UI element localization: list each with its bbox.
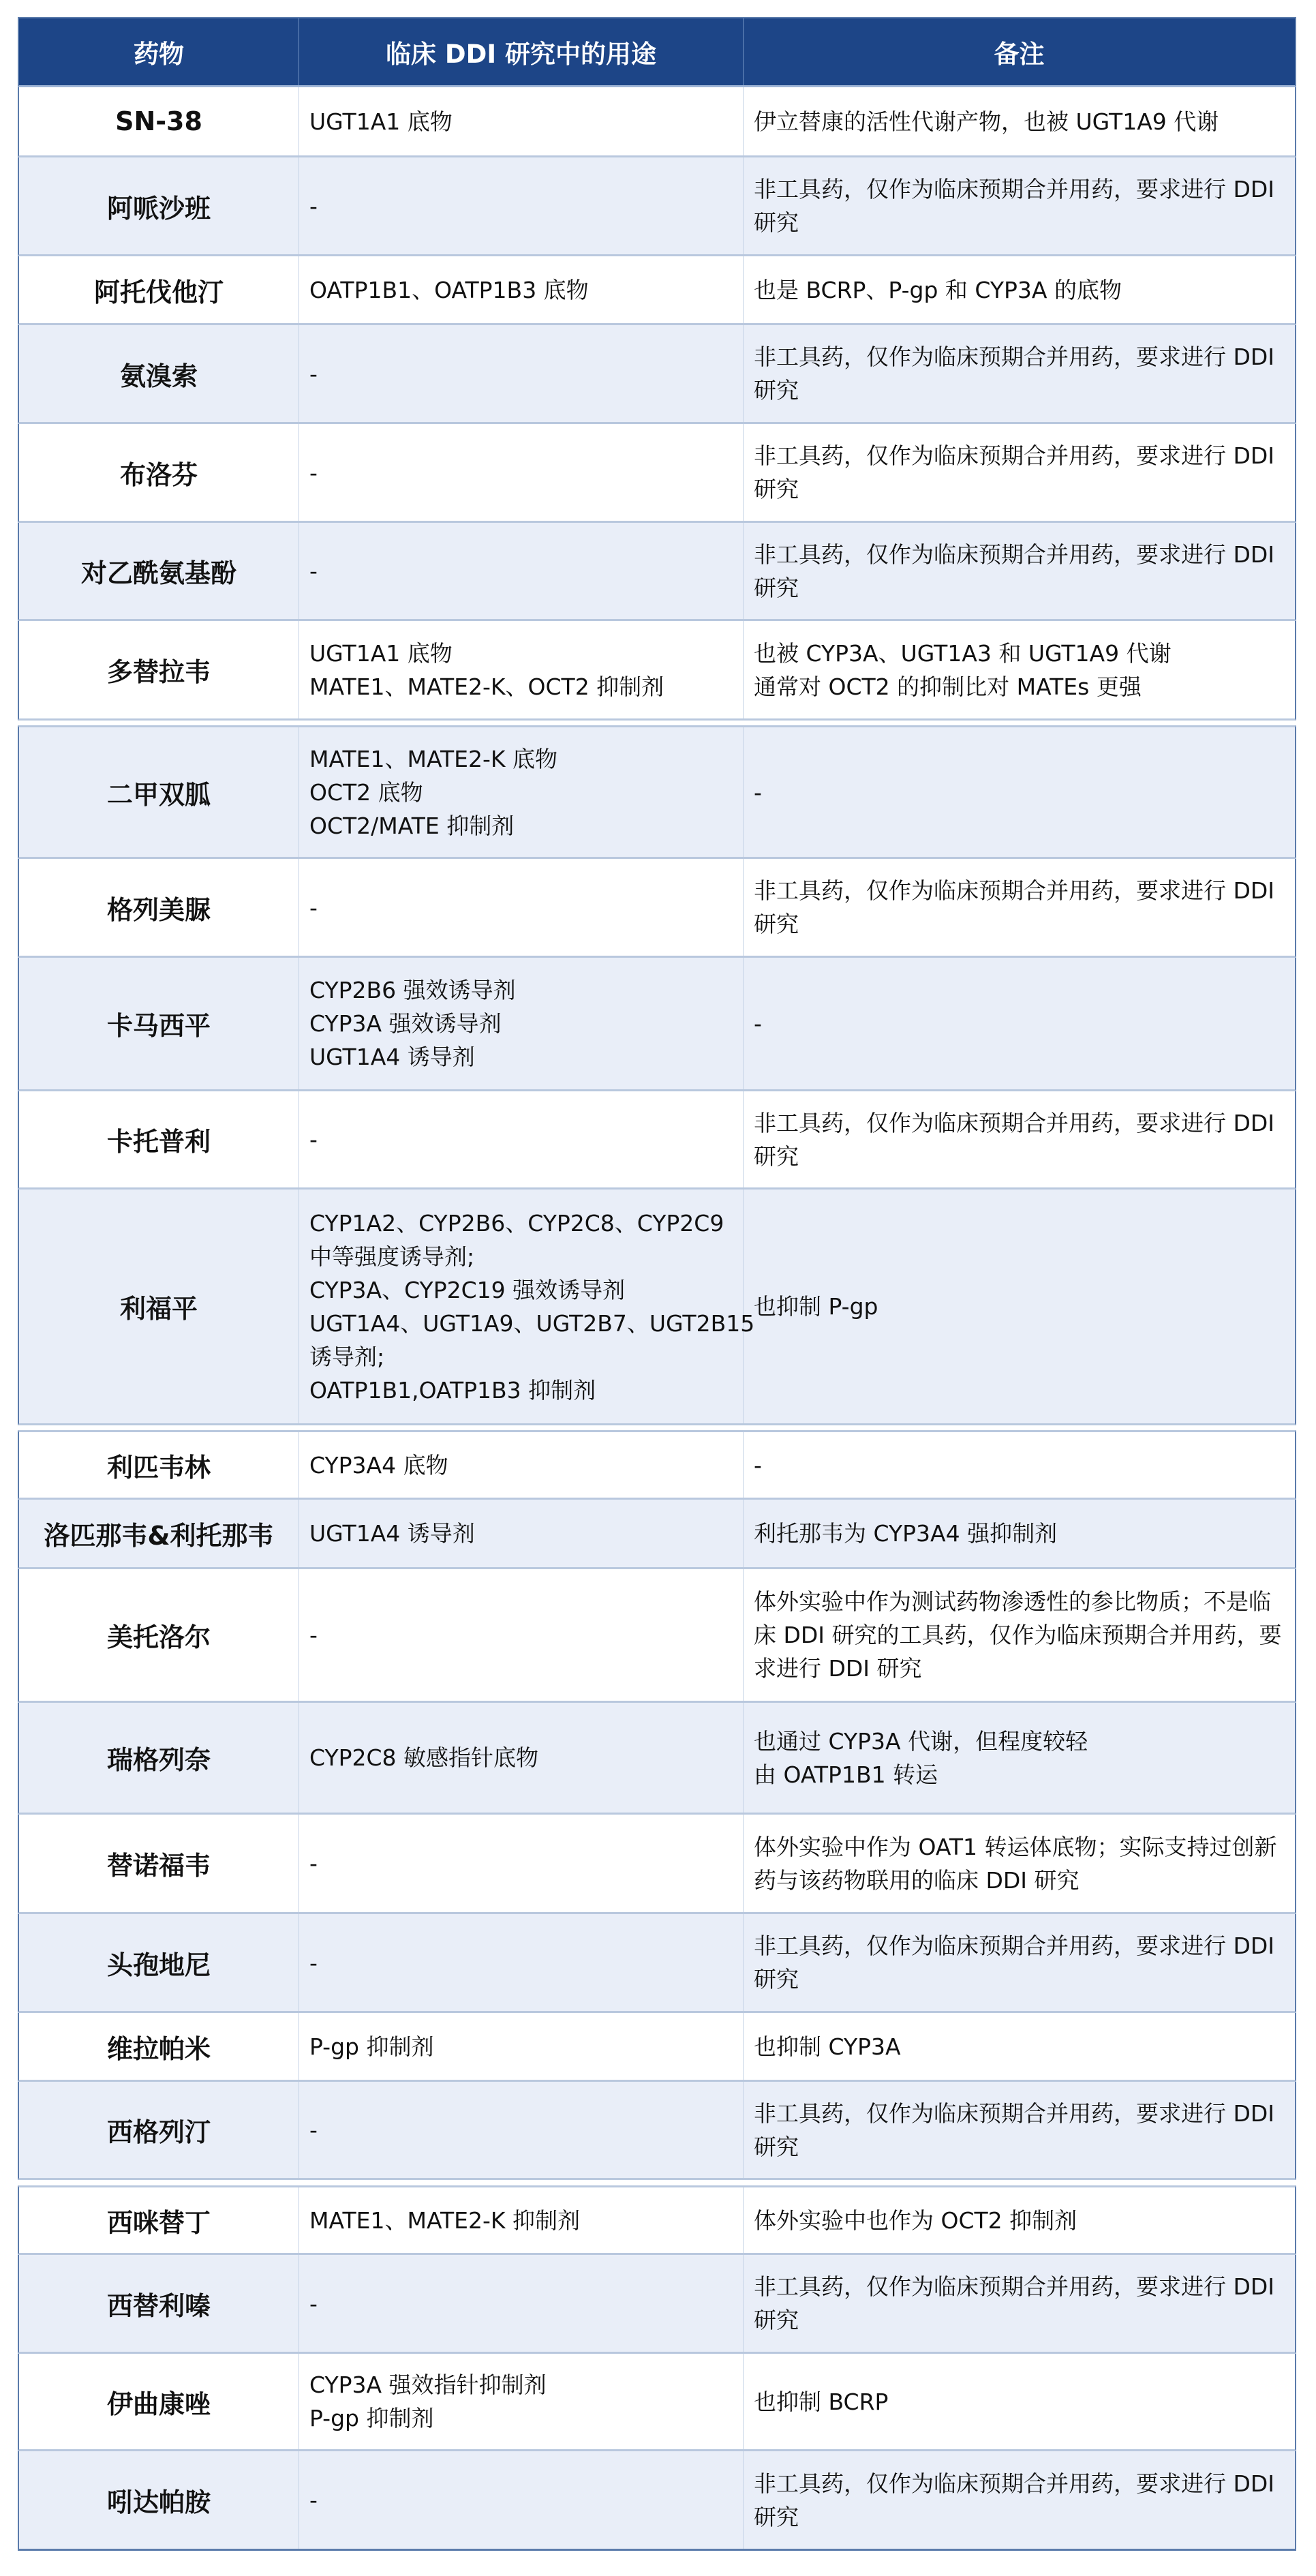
notes-cell-line: 非工具药，仅作为临床预期合并用药，要求进行 DDI 研究 <box>754 2270 1289 2337</box>
table-row: 卡马西平CYP2B6 强效诱导剂CYP3A 强效诱导剂UGT1A4 诱导剂- <box>18 958 1296 1091</box>
notes-cell-line: - <box>754 1007 762 1040</box>
ddi-use-cell-line: MATE1、MATE2-K、OCT2 抑制剂 <box>309 670 664 703</box>
notes-cell-line: 非工具药，仅作为临床预期合并用药，要求进行 DDI 研究 <box>754 538 1289 605</box>
notes-cell-line: 非工具药，仅作为临床预期合并用药，要求进行 DDI 研究 <box>754 2467 1289 2534</box>
drug-name-cell: 对乙酰氨基酚 <box>19 523 299 619</box>
notes-cell-line: 利托那韦为 CYP3A4 强抑制剂 <box>754 1517 1057 1550</box>
ddi-use-cell: - <box>299 1914 744 2011</box>
notes-cell: 伊立替康的活性代谢产物，也被 UGT1A9 代谢 <box>744 87 1295 155</box>
ddi-use-cell-line: UGT1A1 底物 <box>309 105 453 138</box>
table-row: 头孢地尼-非工具药，仅作为临床预期合并用药，要求进行 DDI 研究 <box>18 1914 1296 2013</box>
ddi-use-cell: - <box>299 2451 744 2549</box>
drug-name-cell: 利福平 <box>19 1189 299 1423</box>
drug-name-cell: 美托洛尔 <box>19 1569 299 1701</box>
drug-name-cell: 头孢地尼 <box>19 1914 299 2011</box>
notes-cell: - <box>744 1432 1295 1498</box>
ddi-use-cell-line: OATP1B1、OATP1B3 底物 <box>309 273 589 307</box>
table-row: 布洛芬-非工具药，仅作为临床预期合并用药，要求进行 DDI 研究 <box>18 424 1296 523</box>
ddi-use-cell-line: UGT1A4 诱导剂 <box>309 1517 475 1550</box>
drug-name-cell: 利匹韦林 <box>19 1432 299 1498</box>
notes-cell: 利托那韦为 CYP3A4 强抑制剂 <box>744 1500 1295 1567</box>
ddi-use-cell: - <box>299 1091 744 1187</box>
notes-cell-line: 非工具药，仅作为临床预期合并用药，要求进行 DDI 研究 <box>754 1929 1289 1996</box>
table-row: 西格列汀-非工具药，仅作为临床预期合并用药，要求进行 DDI 研究 <box>18 2082 1296 2180</box>
drug-name-cell: 二甲双胍 <box>19 727 299 857</box>
drug-name-cell: 伊曲康唑 <box>19 2354 299 2449</box>
ddi-use-cell-line: - <box>309 1618 318 1652</box>
table-row: 卡托普利-非工具药，仅作为临床预期合并用药，要求进行 DDI 研究 <box>18 1091 1296 1189</box>
notes-cell: 体外实验中也作为 OCT2 抑制剂 <box>744 2187 1295 2253</box>
drug-name-cell: 西格列汀 <box>19 2082 299 2178</box>
table-row: 对乙酰氨基酚-非工具药，仅作为临床预期合并用药，要求进行 DDI 研究 <box>18 523 1296 621</box>
drug-name-cell: 卡托普利 <box>19 1091 299 1187</box>
notes-cell: 非工具药，仅作为临床预期合并用药，要求进行 DDI 研究 <box>744 157 1295 254</box>
ddi-use-cell-line: CYP3A 强效指针抑制剂 <box>309 2368 547 2401</box>
header-drug: 药物 <box>19 18 299 85</box>
ddi-use-cell: - <box>299 1569 744 1701</box>
table-row: 利福平CYP1A2、CYP2B6、CYP2C8、CYP2C9中等强度诱导剂;CY… <box>18 1189 1296 1425</box>
ddi-use-cell-line: - <box>309 2287 318 2320</box>
notes-cell-line: 也抑制 CYP3A <box>754 2030 901 2063</box>
drug-name-cell: 维拉帕米 <box>19 2013 299 2080</box>
notes-cell-line: 由 OATP1B1 转运 <box>754 1758 1088 1791</box>
ddi-use-cell-line: P-gp 抑制剂 <box>309 2030 433 2063</box>
ddi-use-cell: - <box>299 859 744 956</box>
notes-cell-line: - <box>754 776 762 809</box>
table-row: SN-38UGT1A1 底物伊立替康的活性代谢产物，也被 UGT1A9 代谢 <box>18 87 1296 157</box>
drug-name-cell: 阿哌沙班 <box>19 157 299 254</box>
ddi-use-cell-line: - <box>309 2483 318 2517</box>
ddi-use-cell-line: - <box>309 456 318 489</box>
notes-cell-line: 体外实验中作为测试药物渗透性的参比物质；不是临床 DDI 研究的工具药，仅作为临… <box>754 1585 1289 1685</box>
table-row: 二甲双胍MATE1、MATE2-K 底物OCT2 底物OCT2/MATE 抑制剂… <box>18 725 1296 859</box>
notes-cell: - <box>744 727 1295 857</box>
ddi-use-cell-line: - <box>309 1847 318 1880</box>
notes-cell: 也抑制 P-gp <box>744 1189 1295 1423</box>
notes-cell: 体外实验中作为 OAT1 转运体底物；实际支持过创新药与该药物联用的临床 DDI… <box>744 1815 1295 1912</box>
drug-name-cell: 西咪替丁 <box>19 2187 299 2253</box>
drug-name-cell: 格列美脲 <box>19 859 299 956</box>
table-row: 多替拉韦UGT1A1 底物MATE1、MATE2-K、OCT2 抑制剂也被 CY… <box>18 621 1296 721</box>
ddi-use-cell-line: CYP3A、CYP2C19 强效诱导剂 <box>309 1273 754 1307</box>
notes-cell-line: 非工具药，仅作为临床预期合并用药，要求进行 DDI 研究 <box>754 172 1289 239</box>
notes-cell: 非工具药，仅作为临床预期合并用药，要求进行 DDI 研究 <box>744 2451 1295 2549</box>
ddi-use-cell: CYP3A 强效指针抑制剂P-gp 抑制剂 <box>299 2354 744 2449</box>
ddi-use-cell-line: MATE1、MATE2-K 抑制剂 <box>309 2204 580 2237</box>
notes-cell: 非工具药，仅作为临床预期合并用药，要求进行 DDI 研究 <box>744 325 1295 422</box>
ddi-use-cell: - <box>299 157 744 254</box>
table-row: 维拉帕米P-gp 抑制剂也抑制 CYP3A <box>18 2013 1296 2082</box>
ddi-use-cell-line: 中等强度诱导剂; <box>309 1240 754 1273</box>
notes-cell: 非工具药，仅作为临床预期合并用药，要求进行 DDI 研究 <box>744 859 1295 956</box>
notes-cell: 非工具药，仅作为临床预期合并用药，要求进行 DDI 研究 <box>744 523 1295 619</box>
ddi-use-cell: UGT1A4 诱导剂 <box>299 1500 744 1567</box>
drug-name-cell: 西替利嗪 <box>19 2255 299 2352</box>
notes-cell-line: 也被 CYP3A、UGT1A3 和 UGT1A9 代谢 <box>754 637 1172 670</box>
ddi-use-cell-line: - <box>309 1946 318 1980</box>
table-row: 西咪替丁MATE1、MATE2-K 抑制剂体外实验中也作为 OCT2 抑制剂 <box>18 2185 1296 2255</box>
ddi-use-cell-line: - <box>309 190 318 223</box>
ddi-use-cell-line: CYP3A 强效诱导剂 <box>309 1007 516 1040</box>
table-row: 美托洛尔-体外实验中作为测试药物渗透性的参比物质；不是临床 DDI 研究的工具药… <box>18 1569 1296 1703</box>
table-row: 伊曲康唑CYP3A 强效指针抑制剂P-gp 抑制剂也抑制 BCRP <box>18 2354 1296 2451</box>
notes-cell-line: 也抑制 P-gp <box>754 1290 878 1323</box>
ddi-use-cell: - <box>299 325 744 422</box>
drug-name-cell: 吲达帕胺 <box>19 2451 299 2549</box>
ddi-use-cell-line: UGT1A1 底物 <box>309 637 664 670</box>
notes-cell: 也是 BCRP、P-gp 和 CYP3A 的底物 <box>744 256 1295 323</box>
notes-cell: - <box>744 958 1295 1089</box>
ddi-use-cell-line: - <box>309 891 318 924</box>
ddi-use-cell-line: MATE1、MATE2-K 底物 <box>309 742 557 776</box>
notes-cell-line: 非工具药，仅作为临床预期合并用药，要求进行 DDI 研究 <box>754 1106 1289 1173</box>
header-ddi-use: 临床 DDI 研究中的用途 <box>299 18 744 85</box>
table-row: 吲达帕胺-非工具药，仅作为临床预期合并用药，要求进行 DDI 研究 <box>18 2451 1296 2551</box>
ddi-use-cell-line: CYP2C8 敏感指针底物 <box>309 1741 538 1774</box>
drug-name-cell: 阿托伐他汀 <box>19 256 299 323</box>
table-header: 药物 临床 DDI 研究中的用途 备注 <box>18 17 1296 87</box>
ddi-use-cell: OATP1B1、OATP1B3 底物 <box>299 256 744 323</box>
drug-name-cell: 洛匹那韦&利托那韦 <box>19 1500 299 1567</box>
table-row: 阿哌沙班-非工具药，仅作为临床预期合并用药，要求进行 DDI 研究 <box>18 157 1296 256</box>
notes-cell: 也抑制 BCRP <box>744 2354 1295 2449</box>
table-row: 利匹韦林CYP3A4 底物- <box>18 1430 1296 1500</box>
ddi-use-cell: MATE1、MATE2-K 底物OCT2 底物OCT2/MATE 抑制剂 <box>299 727 744 857</box>
table-row: 洛匹那韦&利托那韦UGT1A4 诱导剂利托那韦为 CYP3A4 强抑制剂 <box>18 1500 1296 1569</box>
ddi-use-cell-line: - <box>309 2113 318 2147</box>
ddi-use-cell-line: P-gp 抑制剂 <box>309 2401 547 2435</box>
drug-name-cell: 卡马西平 <box>19 958 299 1089</box>
ddi-use-cell: CYP2C8 敏感指针底物 <box>299 1703 744 1813</box>
ddi-use-cell-line: OCT2 底物 <box>309 776 557 809</box>
header-notes: 备注 <box>744 18 1295 85</box>
ddi-use-cell: CYP2B6 强效诱导剂CYP3A 强效诱导剂UGT1A4 诱导剂 <box>299 958 744 1089</box>
drug-name-cell: 替诺福韦 <box>19 1815 299 1912</box>
ddi-use-cell-line: - <box>309 357 318 391</box>
notes-cell-line: 非工具药，仅作为临床预期合并用药，要求进行 DDI 研究 <box>754 874 1289 941</box>
ddi-use-cell: UGT1A1 底物MATE1、MATE2-K、OCT2 抑制剂 <box>299 621 744 718</box>
notes-cell-line: - <box>754 1449 762 1482</box>
ddi-use-cell-line: UGT1A4、UGT1A9、UGT2B7、UGT2B15 <box>309 1307 754 1340</box>
table-row: 氨溴索-非工具药，仅作为临床预期合并用药，要求进行 DDI 研究 <box>18 325 1296 424</box>
notes-cell-line: 通常对 OCT2 的抑制比对 MATEs 更强 <box>754 670 1172 703</box>
notes-cell: 体外实验中作为测试药物渗透性的参比物质；不是临床 DDI 研究的工具药，仅作为临… <box>744 1569 1295 1701</box>
notes-cell: 非工具药，仅作为临床预期合并用药，要求进行 DDI 研究 <box>744 424 1295 521</box>
notes-cell-line: 伊立替康的活性代谢产物，也被 UGT1A9 代谢 <box>754 105 1219 138</box>
ddi-use-cell-line: OATP1B1,OATP1B3 抑制剂 <box>309 1374 754 1407</box>
notes-cell-line: 非工具药，仅作为临床预期合并用药，要求进行 DDI 研究 <box>754 2097 1289 2164</box>
ddi-use-cell: P-gp 抑制剂 <box>299 2013 744 2080</box>
ddi-use-cell: - <box>299 523 744 619</box>
notes-cell: 非工具药，仅作为临床预期合并用药，要求进行 DDI 研究 <box>744 1091 1295 1187</box>
ddi-use-cell: UGT1A1 底物 <box>299 87 744 155</box>
drug-name-cell: 布洛芬 <box>19 424 299 521</box>
ddi-use-cell: CYP1A2、CYP2B6、CYP2C8、CYP2C9中等强度诱导剂;CYP3A… <box>299 1189 744 1423</box>
notes-cell-line: 也抑制 BCRP <box>754 2385 888 2419</box>
notes-cell: 非工具药，仅作为临床预期合并用药，要求进行 DDI 研究 <box>744 2082 1295 2178</box>
notes-cell: 非工具药，仅作为临床预期合并用药，要求进行 DDI 研究 <box>744 2255 1295 2352</box>
ddi-use-cell-line: UGT1A4 诱导剂 <box>309 1040 516 1074</box>
notes-cell-line: 体外实验中作为 OAT1 转运体底物；实际支持过创新药与该药物联用的临床 DDI… <box>754 1830 1289 1897</box>
ddi-use-cell: - <box>299 424 744 521</box>
table-row: 瑞格列奈CYP2C8 敏感指针底物也通过 CYP3A 代谢，但程度较轻由 OAT… <box>18 1703 1296 1815</box>
drug-name-cell: 多替拉韦 <box>19 621 299 718</box>
notes-cell-line: 非工具药，仅作为临床预期合并用药，要求进行 DDI 研究 <box>754 340 1289 407</box>
ddi-use-cell: - <box>299 2082 744 2178</box>
drug-name-cell: SN-38 <box>19 87 299 155</box>
ddi-use-cell-line: OCT2/MATE 抑制剂 <box>309 809 557 843</box>
ddi-use-cell-line: CYP2B6 强效诱导剂 <box>309 973 516 1007</box>
notes-cell-line: 也通过 CYP3A 代谢，但程度较轻 <box>754 1725 1088 1758</box>
ddi-use-cell-line: CYP3A4 底物 <box>309 1449 448 1482</box>
ddi-use-cell: - <box>299 2255 744 2352</box>
ddi-use-cell-line: 诱导剂; <box>309 1340 754 1374</box>
table-row: 阿托伐他汀OATP1B1、OATP1B3 底物也是 BCRP、P-gp 和 CY… <box>18 256 1296 325</box>
notes-cell: 非工具药，仅作为临床预期合并用药，要求进行 DDI 研究 <box>744 1914 1295 2011</box>
ddi-use-cell: CYP3A4 底物 <box>299 1432 744 1498</box>
ddi-use-cell: - <box>299 1815 744 1912</box>
table-row: 西替利嗪-非工具药，仅作为临床预期合并用药，要求进行 DDI 研究 <box>18 2255 1296 2354</box>
notes-cell: 也抑制 CYP3A <box>744 2013 1295 2080</box>
notes-cell: 也通过 CYP3A 代谢，但程度较轻由 OATP1B1 转运 <box>744 1703 1295 1813</box>
table-row: 替诺福韦-体外实验中作为 OAT1 转运体底物；实际支持过创新药与该药物联用的临… <box>18 1815 1296 1914</box>
notes-cell-line: 非工具药，仅作为临床预期合并用药，要求进行 DDI 研究 <box>754 439 1289 506</box>
ddi-use-cell-line: - <box>309 554 318 588</box>
notes-cell-line: 也是 BCRP、P-gp 和 CYP3A 的底物 <box>754 273 1122 307</box>
ddi-use-cell-line: - <box>309 1123 318 1156</box>
drug-name-cell: 氨溴索 <box>19 325 299 422</box>
notes-cell: 也被 CYP3A、UGT1A3 和 UGT1A9 代谢通常对 OCT2 的抑制比… <box>744 621 1295 718</box>
ddi-use-cell: MATE1、MATE2-K 抑制剂 <box>299 2187 744 2253</box>
ddi-use-cell-line: CYP1A2、CYP2B6、CYP2C8、CYP2C9 <box>309 1207 754 1240</box>
table-row: 格列美脲-非工具药，仅作为临床预期合并用药，要求进行 DDI 研究 <box>18 859 1296 958</box>
notes-cell-line: 体外实验中也作为 OCT2 抑制剂 <box>754 2204 1077 2237</box>
drug-name-cell: 瑞格列奈 <box>19 1703 299 1813</box>
